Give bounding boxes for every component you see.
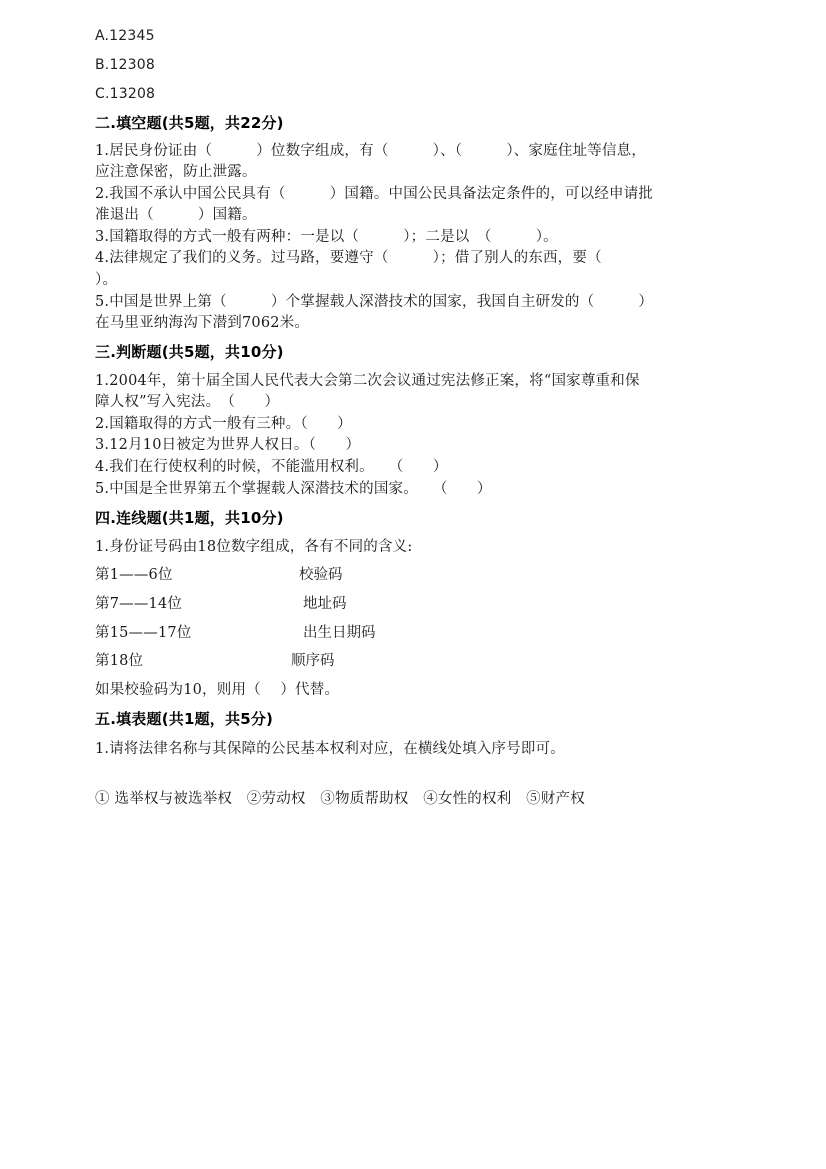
fill-blank-line: 5.中国是世界上第（ ）个掌握载人深潜技术的国家，我国自主研发的（ ）	[95, 292, 653, 312]
true-false-line: 1.2004年，第十届全国人民代表大会第二次会议通过宪法修正案，将“国家尊重和保	[95, 371, 640, 391]
fill-blank-line: 准退出（ ）国籍。	[95, 205, 257, 225]
table-fill-question: 1.请将法律名称与其保障的公民基本权利对应，在横线处填入序号即可。	[95, 739, 565, 759]
fill-blank-line: 在马里亚纳海沟下潜到7062米。	[95, 313, 309, 333]
matching-right-item: 地址码	[303, 594, 347, 614]
fill-blank-line: ）。	[95, 270, 117, 290]
true-false-line: 5.中国是全世界第五个掌握载人深潜技术的国家。 （ ）	[95, 479, 492, 499]
choice-option-b: B.12308	[95, 55, 155, 75]
matching-left-item: 第18位	[95, 651, 143, 671]
matching-right-item: 出生日期码	[303, 623, 376, 643]
true-false-line: 3.12月10日被定为世界人权日。（ ）	[95, 435, 360, 455]
fill-blank-line: 4.法律规定了我们的义务。过马路，要遵守（ ）；借了别人的东西，要（	[95, 248, 602, 268]
matching-intro: 1.身份证号码由18位数字组成，各有不同的含义:	[95, 537, 412, 557]
choice-option-c: C.13208	[95, 84, 155, 104]
matching-right-item: 校验码	[299, 565, 343, 585]
true-false-line: 4.我们在行使权利的时候，不能滥用权利。 （ ）	[95, 457, 448, 477]
table-fill-choices: ① 选举权与被选举权 ②劳动权 ③物质帮助权 ④女性的权利 ⑤财产权	[95, 789, 585, 809]
fill-blank-line: 1.居民身份证由（ ）位数字组成，有（ ）、（ ）、家庭住址等信息，	[95, 141, 646, 161]
fill-blank-line: 2.我国不承认中国公民具有（ ）国籍。中国公民具备法定条件的，可以经申请批	[95, 184, 653, 204]
section-heading-true-false: 三.判断题(共5题，共10分)	[95, 342, 284, 362]
fill-blank-line: 3.国籍取得的方式一般有两种：一是以（ ）；二是以 （ ）。	[95, 227, 558, 247]
true-false-line: 2.国籍取得的方式一般有三种。（ ）	[95, 414, 352, 434]
fill-blank-line: 应注意保密，防止泄露。	[95, 162, 257, 182]
matching-left-item: 第7——14位	[95, 594, 182, 614]
matching-footer: 如果校验码为10，则用（ ）代替。	[95, 680, 339, 700]
matching-left-item: 第15——17位	[95, 623, 192, 643]
section-heading-matching: 四.连线题(共1题，共10分)	[95, 508, 284, 528]
matching-right-item: 顺序码	[291, 651, 335, 671]
section-heading-table-fill: 五.填表题(共1题，共5分)	[95, 709, 273, 729]
choice-option-a: A.12345	[95, 26, 155, 46]
matching-left-item: 第1——6位	[95, 565, 173, 585]
section-heading-fill-blank: 二.填空题(共5题，共22分)	[95, 113, 284, 133]
true-false-line: 障人权”写入宪法。 （ ）	[95, 392, 279, 412]
